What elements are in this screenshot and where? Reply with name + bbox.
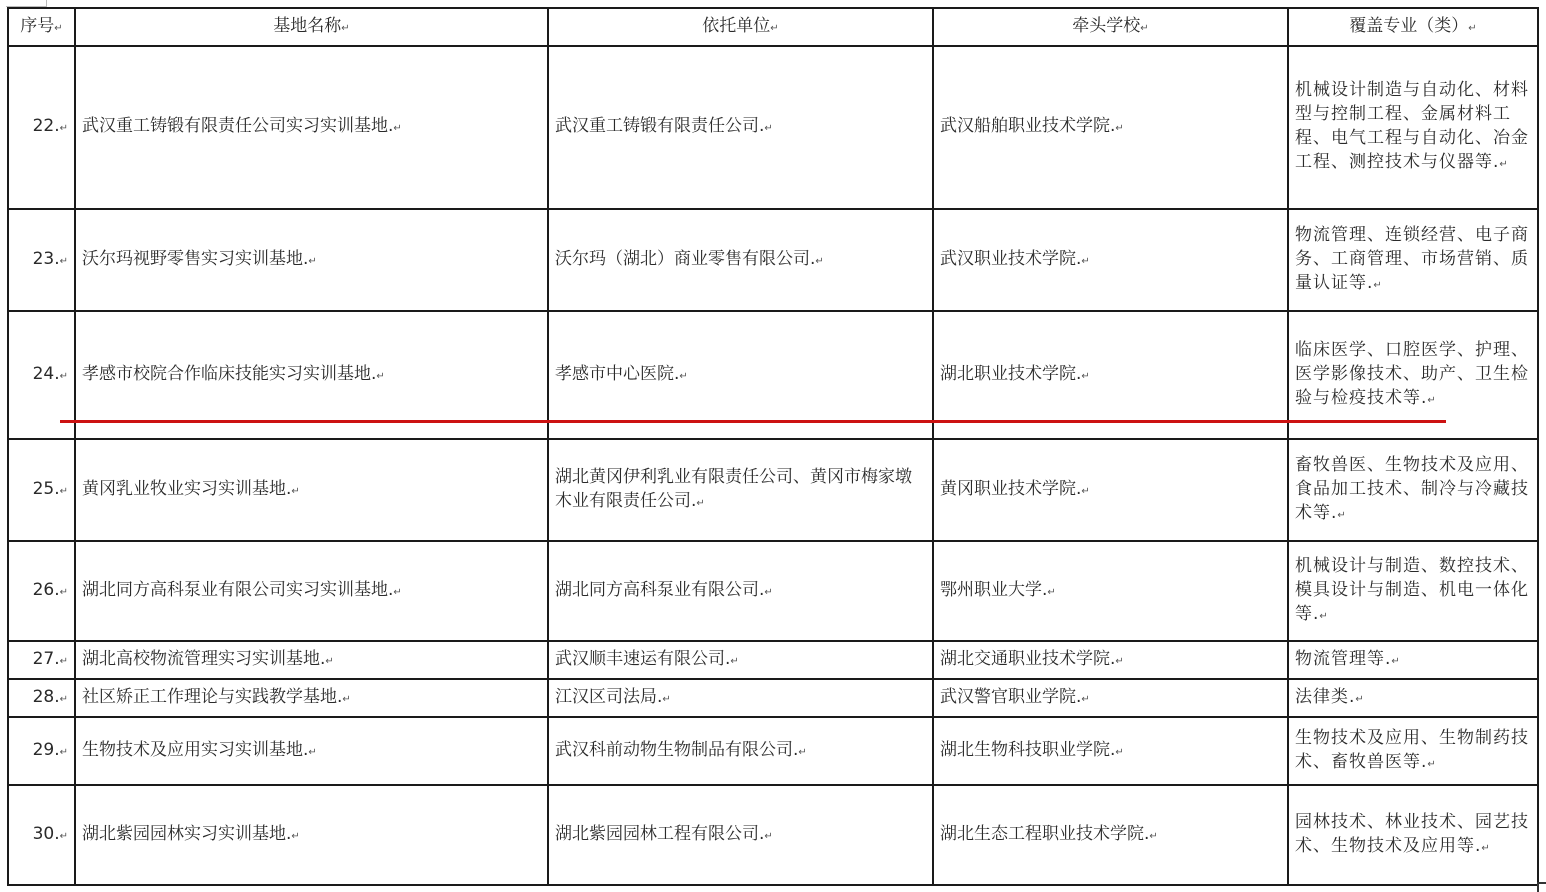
header-row: 序号↵ 基地名称↵ 依托单位↵ 牵头学校↵ 覆盖专业（类）↵	[8, 8, 1538, 46]
header-majors: 覆盖专业（类）↵	[1288, 8, 1538, 46]
cell-base-name: 武汉重工铸锻有限责任公司实习实训基地.↵	[75, 46, 548, 209]
cell-unit: 武汉重工铸锻有限责任公司.↵	[548, 46, 933, 209]
cell-unit: 湖北同方高科泵业有限公司.↵	[548, 541, 933, 641]
cell-no: 28.↵	[8, 679, 75, 717]
header-school: 牵头学校↵	[933, 8, 1288, 46]
cell-base-name: 生物技术及应用实习实训基地.↵	[75, 717, 548, 785]
cell-majors: 机械设计制造与自动化、材料型与控制工程、金属材料工程、电气工程与自动化、冶金工程…	[1288, 46, 1538, 209]
cell-majors: 生物技术及应用、生物制药技术、畜牧兽医等.↵	[1288, 717, 1538, 785]
cell-no: 29.↵	[8, 717, 75, 785]
cell-school: 湖北交通职业技术学院.↵	[933, 641, 1288, 679]
table-row: 29.↵ 生物技术及应用实习实训基地.↵ 武汉科前动物生物制品有限公司.↵ 湖北…	[8, 717, 1538, 785]
cell-school: 黄冈职业技术学院.↵	[933, 439, 1288, 541]
cell-majors: 物流管理、连锁经营、电子商务、工商管理、市场营销、质量认证等.↵	[1288, 209, 1538, 311]
cell-no: 23.↵	[8, 209, 75, 311]
cell-unit: 湖北紫园园林工程有限公司.↵	[548, 785, 933, 885]
cell-unit: 湖北黄冈伊利乳业有限责任公司、黄冈市梅家墩木业有限责任公司.↵	[548, 439, 933, 541]
cell-unit: 沃尔玛（湖北）商业零售有限公司.↵	[548, 209, 933, 311]
cell-school: 武汉职业技术学院.↵	[933, 209, 1288, 311]
cell-no: 25.↵	[8, 439, 75, 541]
cell-base-name: 湖北高校物流管理实习实训基地.↵	[75, 641, 548, 679]
cell-no: 22.↵	[8, 46, 75, 209]
cell-majors: 物流管理等.↵	[1288, 641, 1538, 679]
cell-majors: 畜牧兽医、生物技术及应用、食品加工技术、制冷与冷藏技术等.↵	[1288, 439, 1538, 541]
cell-majors: 机械设计与制造、数控技术、模具设计与制造、机电一体化等.↵	[1288, 541, 1538, 641]
page-corner-mark-bottom	[1537, 882, 1546, 892]
cell-school: 武汉船舶职业技术学院.↵	[933, 46, 1288, 209]
cell-school: 湖北生物科技职业学院.↵	[933, 717, 1288, 785]
header-unit: 依托单位↵	[548, 8, 933, 46]
page-corner-mark	[6, 0, 47, 7]
cell-base-name: 社区矫正工作理论与实践教学基地.↵	[75, 679, 548, 717]
table-row: 28.↵ 社区矫正工作理论与实践教学基地.↵ 江汉区司法局.↵ 武汉警官职业学院…	[8, 679, 1538, 717]
table-row: 22.↵ 武汉重工铸锻有限责任公司实习实训基地.↵ 武汉重工铸锻有限责任公司.↵…	[8, 46, 1538, 209]
cell-majors: 法律类.↵	[1288, 679, 1538, 717]
cell-unit: 武汉顺丰速运有限公司.↵	[548, 641, 933, 679]
cell-base-name: 湖北同方高科泵业有限公司实习实训基地.↵	[75, 541, 548, 641]
table-row: 26.↵ 湖北同方高科泵业有限公司实习实训基地.↵ 湖北同方高科泵业有限公司.↵…	[8, 541, 1538, 641]
cell-school: 湖北生态工程职业技术学院.↵	[933, 785, 1288, 885]
header-no: 序号↵	[8, 8, 75, 46]
red-annotation-line	[60, 420, 1446, 423]
cell-base-name: 湖北紫园园林实习实训基地.↵	[75, 785, 548, 885]
cell-unit: 江汉区司法局.↵	[548, 679, 933, 717]
table-row: 25.↵ 黄冈乳业牧业实习实训基地.↵ 湖北黄冈伊利乳业有限责任公司、黄冈市梅家…	[8, 439, 1538, 541]
cell-unit: 武汉科前动物生物制品有限公司.↵	[548, 717, 933, 785]
cell-no: 30.↵	[8, 785, 75, 885]
cell-base-name: 沃尔玛视野零售实习实训基地.↵	[75, 209, 548, 311]
training-base-table: 序号↵ 基地名称↵ 依托单位↵ 牵头学校↵ 覆盖专业（类）↵ 22.↵ 武汉重工…	[7, 7, 1539, 886]
table-row: 27.↵ 湖北高校物流管理实习实训基地.↵ 武汉顺丰速运有限公司.↵ 湖北交通职…	[8, 641, 1538, 679]
cell-base-name: 黄冈乳业牧业实习实训基地.↵	[75, 439, 548, 541]
cell-no: 26.↵	[8, 541, 75, 641]
cell-school: 武汉警官职业学院.↵	[933, 679, 1288, 717]
table-row: 30.↵ 湖北紫园园林实习实训基地.↵ 湖北紫园园林工程有限公司.↵ 湖北生态工…	[8, 785, 1538, 885]
cell-school: 鄂州职业大学.↵	[933, 541, 1288, 641]
cell-no: 27.↵	[8, 641, 75, 679]
table-row: 23.↵ 沃尔玛视野零售实习实训基地.↵ 沃尔玛（湖北）商业零售有限公司.↵ 武…	[8, 209, 1538, 311]
header-base-name: 基地名称↵	[75, 8, 548, 46]
cell-majors: 园林技术、林业技术、园艺技术、生物技术及应用等.↵	[1288, 785, 1538, 885]
